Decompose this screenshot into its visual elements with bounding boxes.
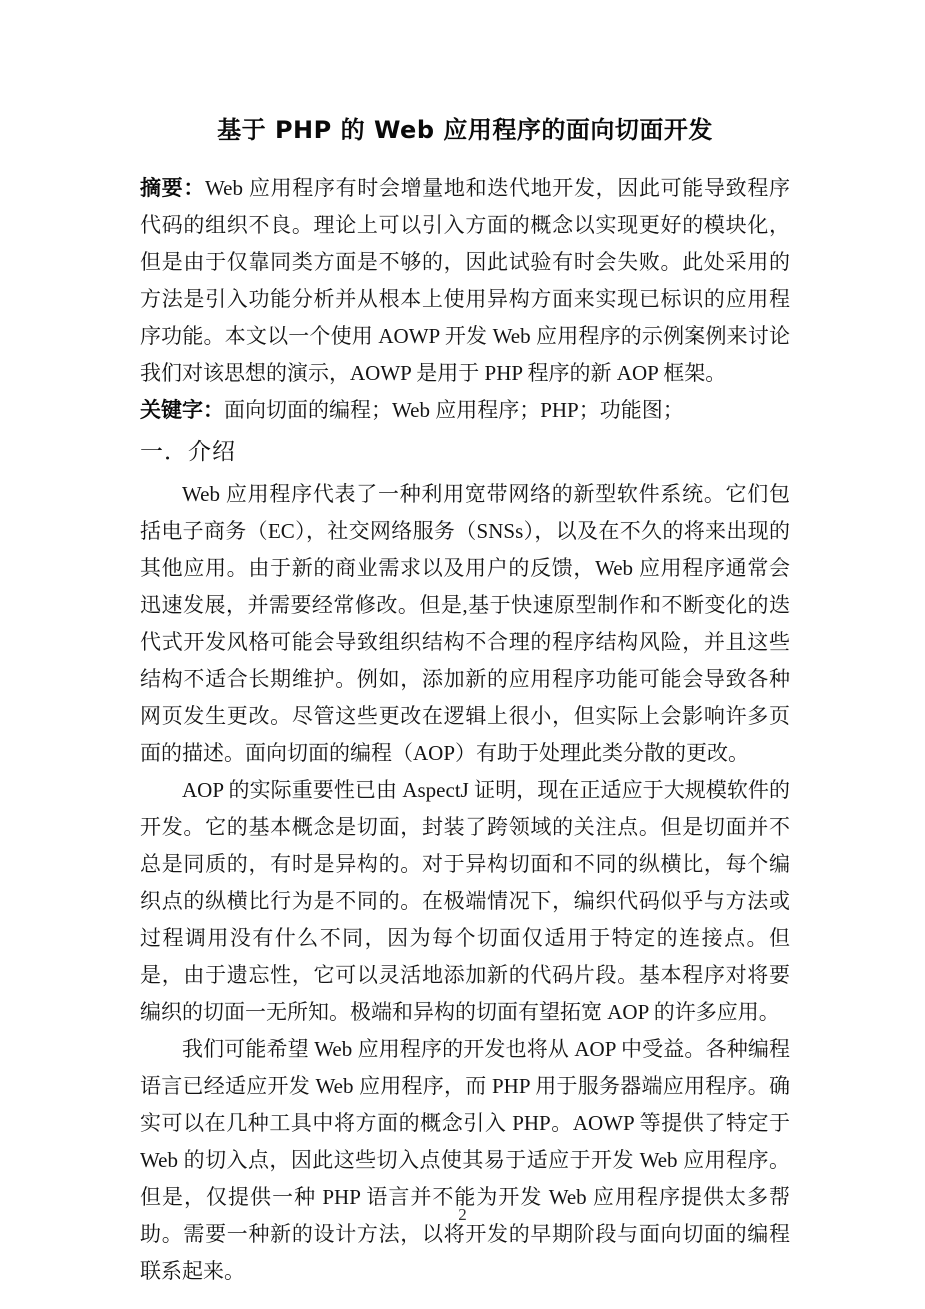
abstract-label: 摘要： <box>140 176 205 200</box>
document-page: 基于 PHP 的 Web 应用程序的面向切面开发 摘要：Web 应用程序有时会增… <box>0 0 925 1309</box>
abstract-paragraph: 摘要：Web 应用程序有时会增量地和迭代地开发，因此可能导致程序代码的组织不良。… <box>140 170 790 392</box>
keywords-text: 面向切面的编程；Web 应用程序；PHP；功能图； <box>224 398 684 422</box>
intro-paragraph-1: Web 应用程序代表了一种利用宽带网络的新型软件系统。它们包括电子商务（EC），… <box>140 476 790 772</box>
page-content: 基于 PHP 的 Web 应用程序的面向切面开发 摘要：Web 应用程序有时会增… <box>140 0 790 1290</box>
section-heading-introduction: 一．介绍 <box>140 436 790 467</box>
intro-paragraph-2: AOP 的实际重要性已由 AspectJ 证明，现在正适应于大规模软件的开发。它… <box>140 772 790 1031</box>
keywords-label: 关键字： <box>140 398 224 422</box>
abstract-text: Web 应用程序有时会增量地和迭代地开发，因此可能导致程序代码的组织不良。理论上… <box>140 176 790 385</box>
keywords-paragraph: 关键字：面向切面的编程；Web 应用程序；PHP；功能图； <box>140 392 790 429</box>
intro-paragraph-3: 我们可能希望 Web 应用程序的开发也将从 AOP 中受益。各种编程语言已经适应… <box>140 1031 790 1290</box>
page-number: 2 <box>0 1205 925 1225</box>
document-title: 基于 PHP 的 Web 应用程序的面向切面开发 <box>140 112 790 148</box>
